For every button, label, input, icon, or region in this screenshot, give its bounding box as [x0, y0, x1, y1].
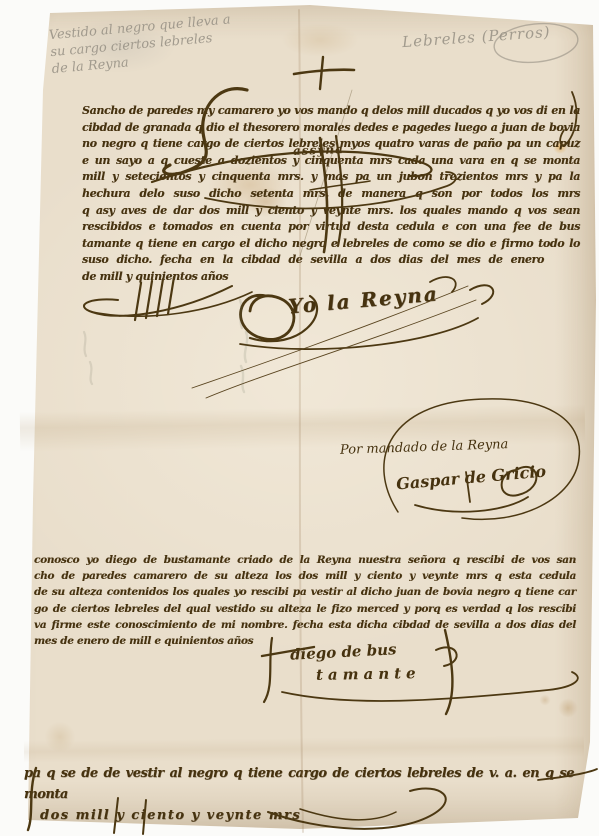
main-text-line: hechura delo suso dicho setenta mrs. de …: [82, 186, 580, 203]
docket-line: pa q se de de vestir al negro q tiene ca…: [24, 763, 574, 805]
main-text-block: Sancho de paredes my camarero yo vos man…: [82, 103, 580, 286]
main-text-line: cibdad de granada q dio el thesorero mor…: [82, 120, 580, 137]
docket-line: dos mill y ciento y veynte mrs: [40, 805, 574, 826]
receipt-line: de su alteza contenidos los quales yo re…: [34, 584, 576, 600]
main-text-line: suso dicho. fecha en la cibdad de sevill…: [82, 252, 544, 269]
main-text-line: de mill y quinientos años: [82, 269, 580, 286]
main-text-line: q asy aves de dar dos mill y ciento y ve…: [82, 203, 580, 220]
main-text-line: no negro q tiene cargo de ciertos lebrel…: [82, 136, 580, 153]
docket-block: pa q se de de vestir al negro q tiene ca…: [24, 763, 574, 826]
main-text-line: Sancho de paredes my camarero yo vos man…: [82, 103, 580, 120]
receipt-line: cho de paredes camarero de su alteza los…: [34, 568, 576, 584]
receipt-text-block: conosco yo diego de bustamante criado de…: [34, 552, 576, 649]
manuscript-photo: Vestido al negro que lleva a su cargo ci…: [0, 0, 599, 836]
main-text-line: tamante q tiene en cargo el dicho negro …: [82, 236, 580, 253]
receipt-signature-line2: tamante: [316, 664, 421, 684]
receipt-line: va firme este conoscimiento de mi nombre…: [34, 617, 576, 633]
main-text-line: rescibidos e tomados en cuenta por virtu…: [82, 219, 580, 236]
main-text-line: e un sayo a q cueste a dozientos y cinqu…: [82, 153, 580, 170]
receipt-line: conosco yo diego de bustamante criado de…: [34, 552, 576, 568]
main-text-line: mill y setecientos y cinquenta mrs. y ma…: [82, 169, 580, 186]
receipt-line: go de ciertos lebreles del qual vestido …: [34, 601, 576, 617]
